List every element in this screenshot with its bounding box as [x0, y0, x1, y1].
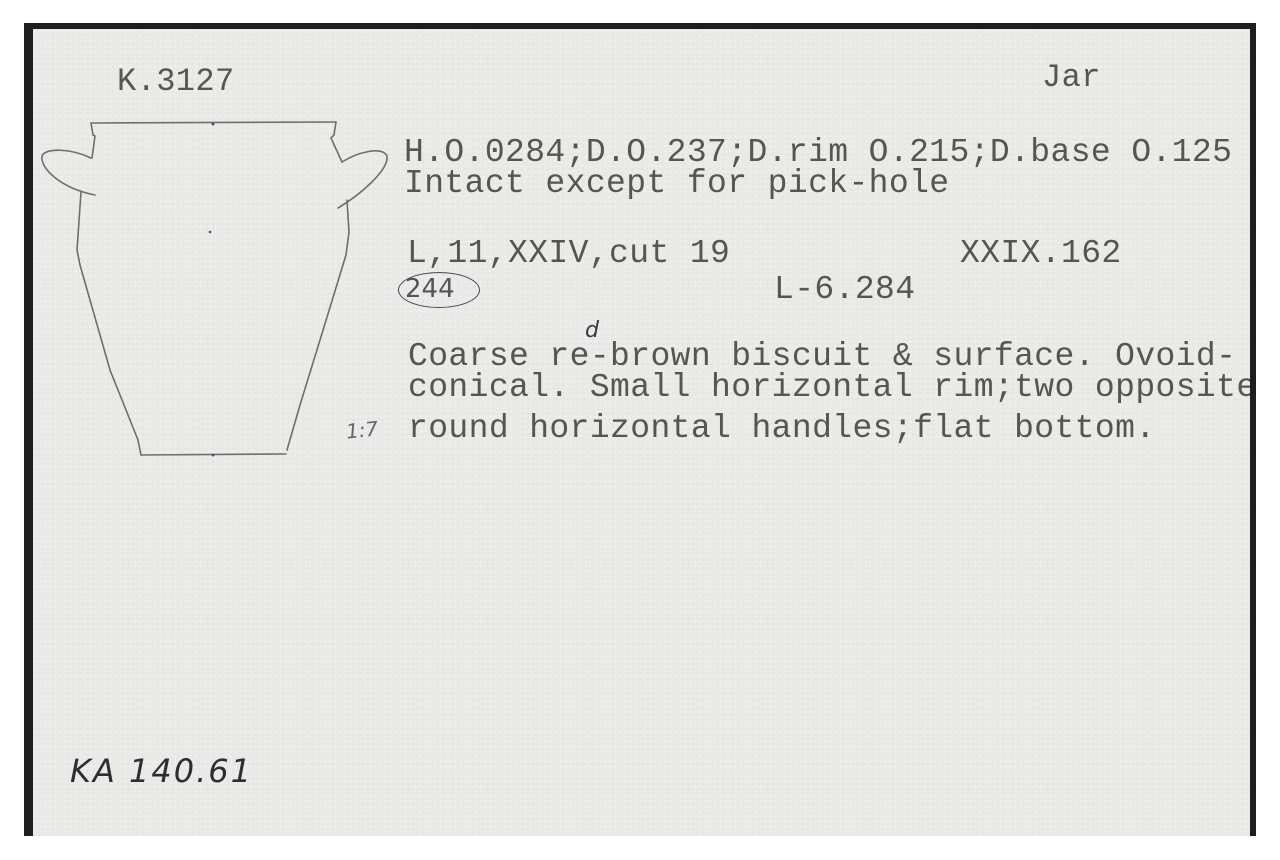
- description-line-3: round horizontal handles;flat bottom.: [408, 412, 1156, 445]
- condition-line: Intact except for pick-hole: [404, 167, 950, 200]
- register-reference: XXIX.162: [960, 237, 1122, 270]
- catalog-number: K.3127: [117, 66, 235, 98]
- findspot-line: L,11,XXIV,cut 19: [407, 237, 730, 270]
- object-type: Jar: [1042, 62, 1101, 94]
- handwritten-reference: KA 140.61: [70, 752, 253, 790]
- circled-number: 244: [405, 274, 455, 304]
- locus-number: L-6.284: [774, 273, 915, 306]
- scale-note: 1:7: [345, 416, 380, 443]
- description-line-2: conical. Small horizontal rim;two opposi…: [408, 371, 1257, 404]
- outer-right-margin: [1256, 0, 1280, 860]
